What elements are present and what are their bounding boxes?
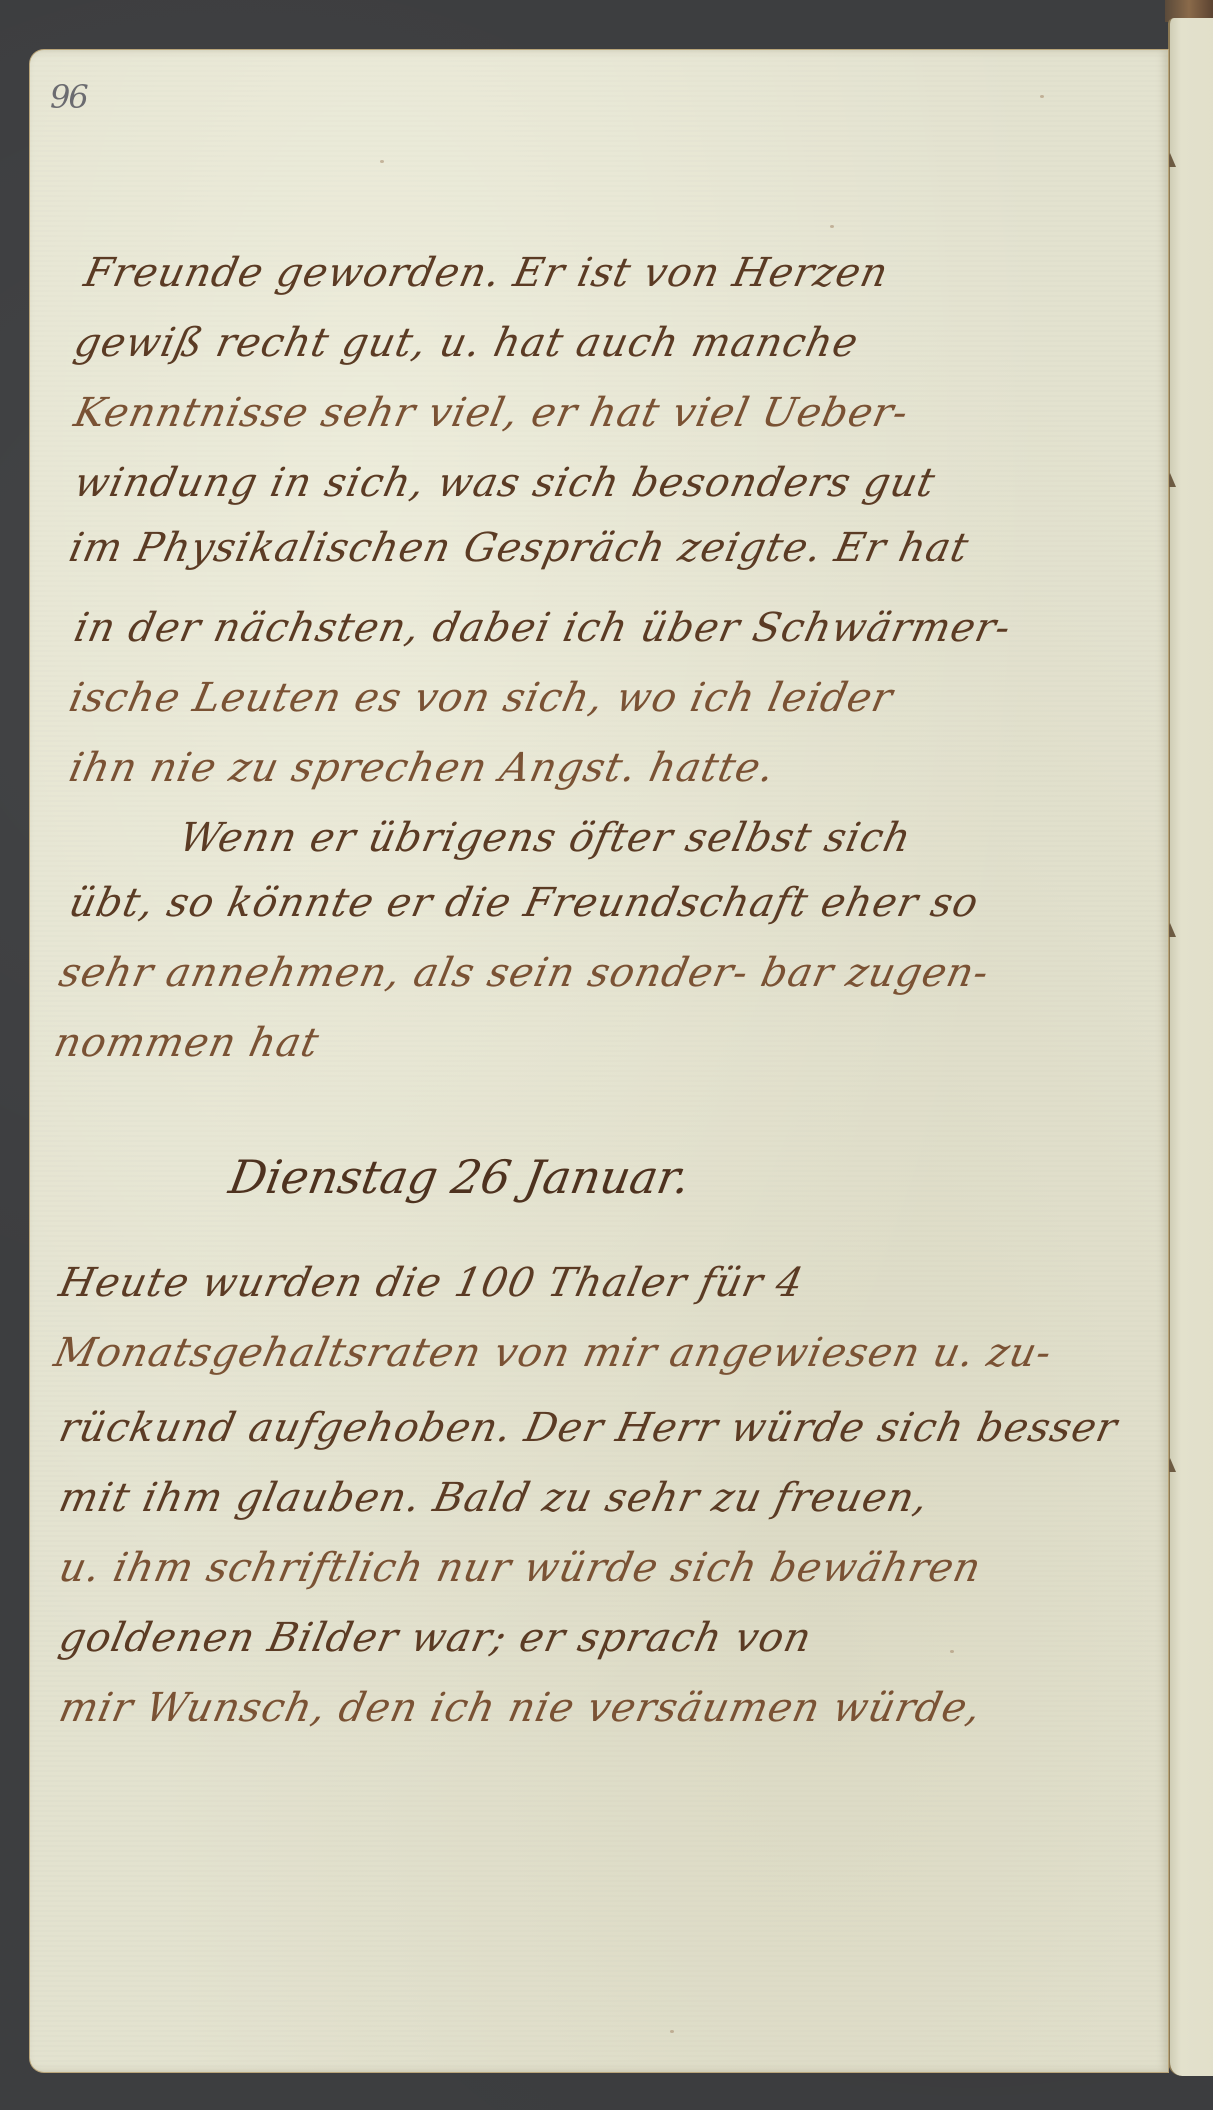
manuscript-line: im Physikalischen Gespräch zeigte. Er ha… (65, 525, 973, 571)
manuscript-line: Wenn er übrigens öfter selbst sich (175, 815, 915, 861)
manuscript-line: rückund aufgehoben. Der Herr würde sich … (55, 1405, 1122, 1451)
manuscript-line: goldenen Bilder war; er sprach von (55, 1615, 816, 1661)
manuscript-line: mir Wunsch, den ich nie versäumen würde, (55, 1685, 986, 1731)
manuscript-line: mit ihm glauben. Bald zu sehr zu freuen, (55, 1475, 933, 1521)
manuscript-line: übt, so könnte er die Freundschaft eher … (65, 880, 983, 926)
manuscript-line: ihn nie zu sprechen Angst. hatte. (65, 745, 779, 791)
adjacent-page-edge (1168, 18, 1213, 2076)
manuscript-line: Heute wurden die 100 Thaler für 4 (55, 1260, 808, 1306)
manuscript-line: nommen hat (50, 1020, 323, 1066)
manuscript-line: Monatsgehaltsraten von mir angewiesen u.… (50, 1330, 1056, 1376)
manuscript-line: sehr annehmen, als sein sonder- bar zuge… (55, 950, 993, 996)
manuscript-line: Kenntnisse sehr viel, er hat viel Ueber- (70, 390, 913, 436)
manuscript-line: windung in sich, was sich besonders gut (70, 460, 939, 506)
date-heading: Dienstag 26 Januar. (225, 1150, 694, 1204)
manuscript-line: in der nächsten, dabei ich über Schwärme… (70, 605, 1015, 651)
folio-number: 96 (50, 78, 87, 116)
manuscript-line: Freunde geworden. Er ist von Herzen (80, 250, 893, 296)
manuscript-line: gewiß recht gut, u. hat auch manche (70, 320, 863, 366)
manuscript-line: ische Leuten es von sich, wo ich leider (65, 675, 897, 721)
manuscript-line: u. ihm schriftlich nur würde sich bewähr… (55, 1545, 985, 1591)
